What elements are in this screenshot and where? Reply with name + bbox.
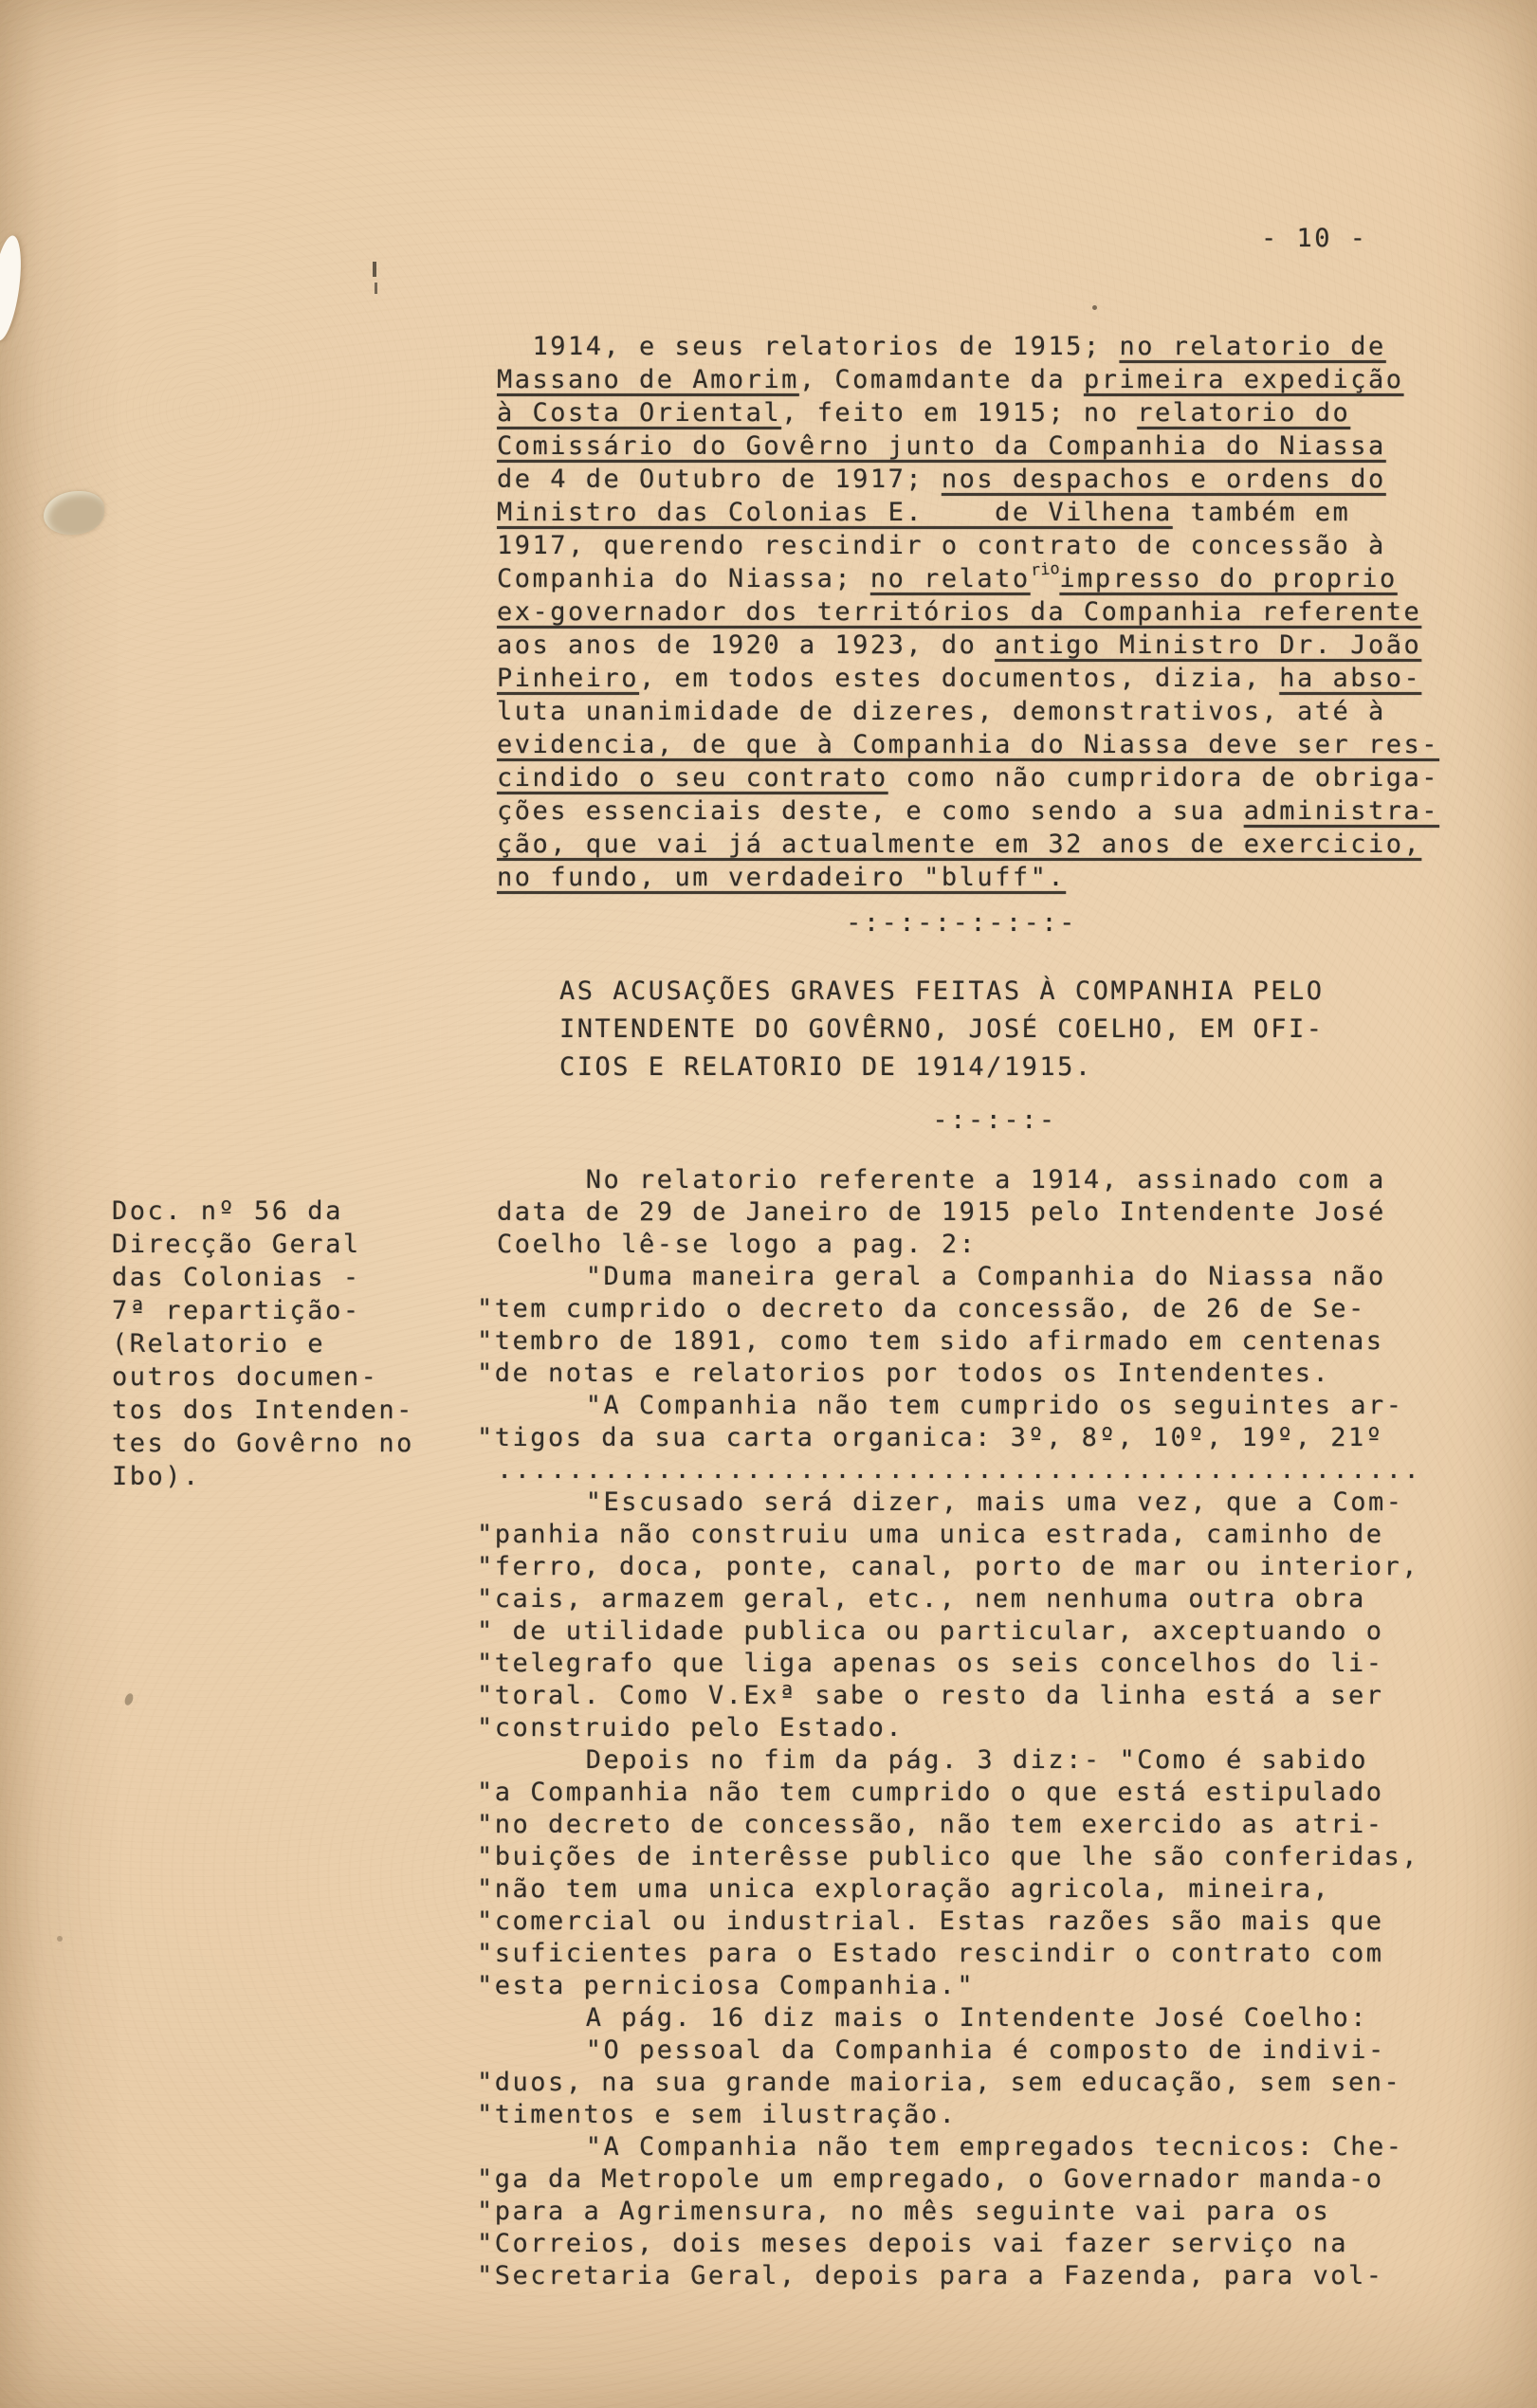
- paragraph-line: ção, que vai já actualmente em 32 anos d…: [497, 828, 1439, 861]
- document-page: - 10 - 1914, e seus relatorios de 1915; …: [0, 0, 1537, 2408]
- margin-note-line: das Colonias -: [112, 1261, 414, 1294]
- margin-note-line: Direcção Geral: [112, 1228, 414, 1261]
- body-line: "esta perniciosa Companhia.": [497, 1970, 1421, 2002]
- body-line: ........................................…: [497, 1454, 1421, 1487]
- body-line: "tem cumprido o decreto da concessão, de…: [497, 1293, 1421, 1325]
- body-line: "A Companhia não tem empregados tecnicos…: [497, 2131, 1421, 2163]
- body-line: "timentos e sem ilustração.: [497, 2099, 1421, 2131]
- page-number: - 10 -: [1261, 224, 1368, 253]
- heading-line: INTENDENTE DO GOVÊRNO, JOSÉ COELHO, EM O…: [559, 1011, 1324, 1049]
- paper-flake: [44, 491, 104, 535]
- paragraph-line: evidencia, de que à Companhia do Niassa …: [497, 728, 1439, 761]
- body-line: A pág. 16 diz mais o Intendente José Coe…: [497, 2002, 1421, 2034]
- body-line: " de utilidade publica ou particular, ax…: [497, 1615, 1421, 1648]
- margin-note-line: Ibo).: [112, 1460, 414, 1493]
- paragraph-line: Comissário do Govêrno junto da Companhia…: [497, 429, 1439, 463]
- paragraph-line: Massano de Amorim, Comamdante da primeir…: [497, 363, 1439, 396]
- paragraph-line: à Costa Oriental, feito em 1915; no rela…: [497, 396, 1439, 429]
- body-line: "duos, na sua grande maioria, sem educaç…: [497, 2067, 1421, 2099]
- ink-speck: [373, 262, 376, 277]
- heading-line: CIOS E RELATORIO DE 1914/1915.: [559, 1049, 1324, 1086]
- body-line: data de 29 de Janeiro de 1915 pelo Inten…: [497, 1196, 1421, 1229]
- margin-note-line: tes do Govêrno no: [112, 1427, 414, 1460]
- margin-note-line: (Relatorio e: [112, 1327, 414, 1360]
- body-line: "ga da Metropole um empregado, o Governa…: [497, 2163, 1421, 2196]
- body-line: Coelho lê-se logo a pag. 2:: [497, 1229, 1421, 1261]
- body-line: No relatorio referente a 1914, assinado …: [497, 1164, 1421, 1196]
- quoted-report-text: No relatorio referente a 1914, assinado …: [497, 1164, 1421, 2292]
- superscript-insertion: rio: [1030, 553, 1061, 588]
- paragraph-line: aos anos de 1920 a 1923, do antigo Minis…: [497, 629, 1439, 662]
- body-line: Depois no fim da pág. 3 diz:- "Como é sa…: [497, 1744, 1421, 1777]
- body-line: "panhia não construiu uma unica estrada,…: [497, 1519, 1421, 1551]
- body-line: "ferro, doca, ponte, canal, porto de mar…: [497, 1551, 1421, 1583]
- heading-line: AS ACUSAÇÕES GRAVES FEITAS À COMPANHIA P…: [559, 973, 1324, 1011]
- ink-speck: [123, 1692, 135, 1706]
- margin-note: Doc. nº 56 daDirecção Geraldas Colonias …: [112, 1195, 414, 1493]
- body-line: "toral. Como V.Exª sabe o resto da linha…: [497, 1680, 1421, 1712]
- body-line: "Duma maneira geral a Companhia do Niass…: [497, 1261, 1421, 1293]
- section-separator: -:-:-:-: [530, 1105, 1459, 1135]
- paragraph-line: ções essenciais deste, e como sendo a su…: [497, 794, 1439, 828]
- paragraph-line: 1917, querendo rescindir o contrato de c…: [497, 529, 1439, 562]
- body-line: "Escusado será dizer, mais uma vez, que …: [497, 1487, 1421, 1519]
- body-line: "de notas e relatorios por todos os Inte…: [497, 1358, 1421, 1390]
- paragraph-line: ex-governador dos territórios da Companh…: [497, 595, 1439, 629]
- body-line: "tigos da sua carta organica: 3º, 8º, 10…: [497, 1422, 1421, 1454]
- body-line: "buições de interêsse publico que lhe sã…: [497, 1841, 1421, 1873]
- margin-note-line: outros documen-: [112, 1360, 414, 1394]
- body-line: "Correios, dois meses depois vai fazer s…: [497, 2228, 1421, 2260]
- paper-tear: [0, 234, 27, 343]
- body-line: "Secretaria Geral, depois para a Fazenda…: [497, 2260, 1421, 2292]
- ink-speck: [375, 283, 377, 294]
- margin-note-line: tos dos Intenden-: [112, 1394, 414, 1427]
- paragraph-line: luta unanimidade de dizeres, demonstrati…: [497, 695, 1439, 728]
- body-line: "cais, armazem geral, etc., nem nenhuma …: [497, 1583, 1421, 1615]
- paragraph-line: Companhia do Niassa; no relatorioimpress…: [497, 562, 1439, 595]
- paragraph-line: no fundo, um verdadeiro "bluff".: [497, 861, 1439, 894]
- paragraph-line: 1914, e seus relatorios de 1915; no rela…: [497, 330, 1439, 363]
- body-line: "comercial ou industrial. Estas razões s…: [497, 1906, 1421, 1938]
- body-line: "no decreto de concessão, não tem exerci…: [497, 1809, 1421, 1841]
- paragraph-line: cindido o seu contrato como não cumprido…: [497, 761, 1439, 794]
- ink-speck: [1092, 305, 1097, 310]
- body-line: "tembro de 1891, como tem sido afirmado …: [497, 1325, 1421, 1358]
- ink-speck: [57, 1936, 63, 1942]
- body-line: "a Companhia não tem cumprido o que está…: [497, 1777, 1421, 1809]
- margin-note-line: Doc. nº 56 da: [112, 1195, 414, 1228]
- body-line: "suficientes para o Estado rescindir o c…: [497, 1938, 1421, 1970]
- body-line: "para a Agrimensura, no mês seguinte vai…: [497, 2196, 1421, 2228]
- paragraph-line: de 4 de Outubro de 1917; nos despachos e…: [497, 463, 1439, 496]
- body-line: "O pessoal da Companhia é composto de in…: [497, 2034, 1421, 2067]
- body-line: "A Companhia não tem cumprido os seguint…: [497, 1390, 1421, 1422]
- paragraph-line: Pinheiro, em todos estes documentos, diz…: [497, 662, 1439, 695]
- paragraph-line: Ministro das Colonias E. de Vilhena tamb…: [497, 496, 1439, 529]
- section-separator: -:-:-:-:-:-:-: [497, 908, 1426, 938]
- section-heading: AS ACUSAÇÕES GRAVES FEITAS À COMPANHIA P…: [559, 973, 1324, 1086]
- body-line: "não tem uma unica exploração agricola, …: [497, 1873, 1421, 1906]
- opening-paragraph: 1914, e seus relatorios de 1915; no rela…: [497, 330, 1439, 894]
- margin-note-line: 7ª repartição-: [112, 1294, 414, 1327]
- body-line: "construido pelo Estado.: [497, 1712, 1421, 1744]
- body-line: "telegrafo que liga apenas os seis conce…: [497, 1648, 1421, 1680]
